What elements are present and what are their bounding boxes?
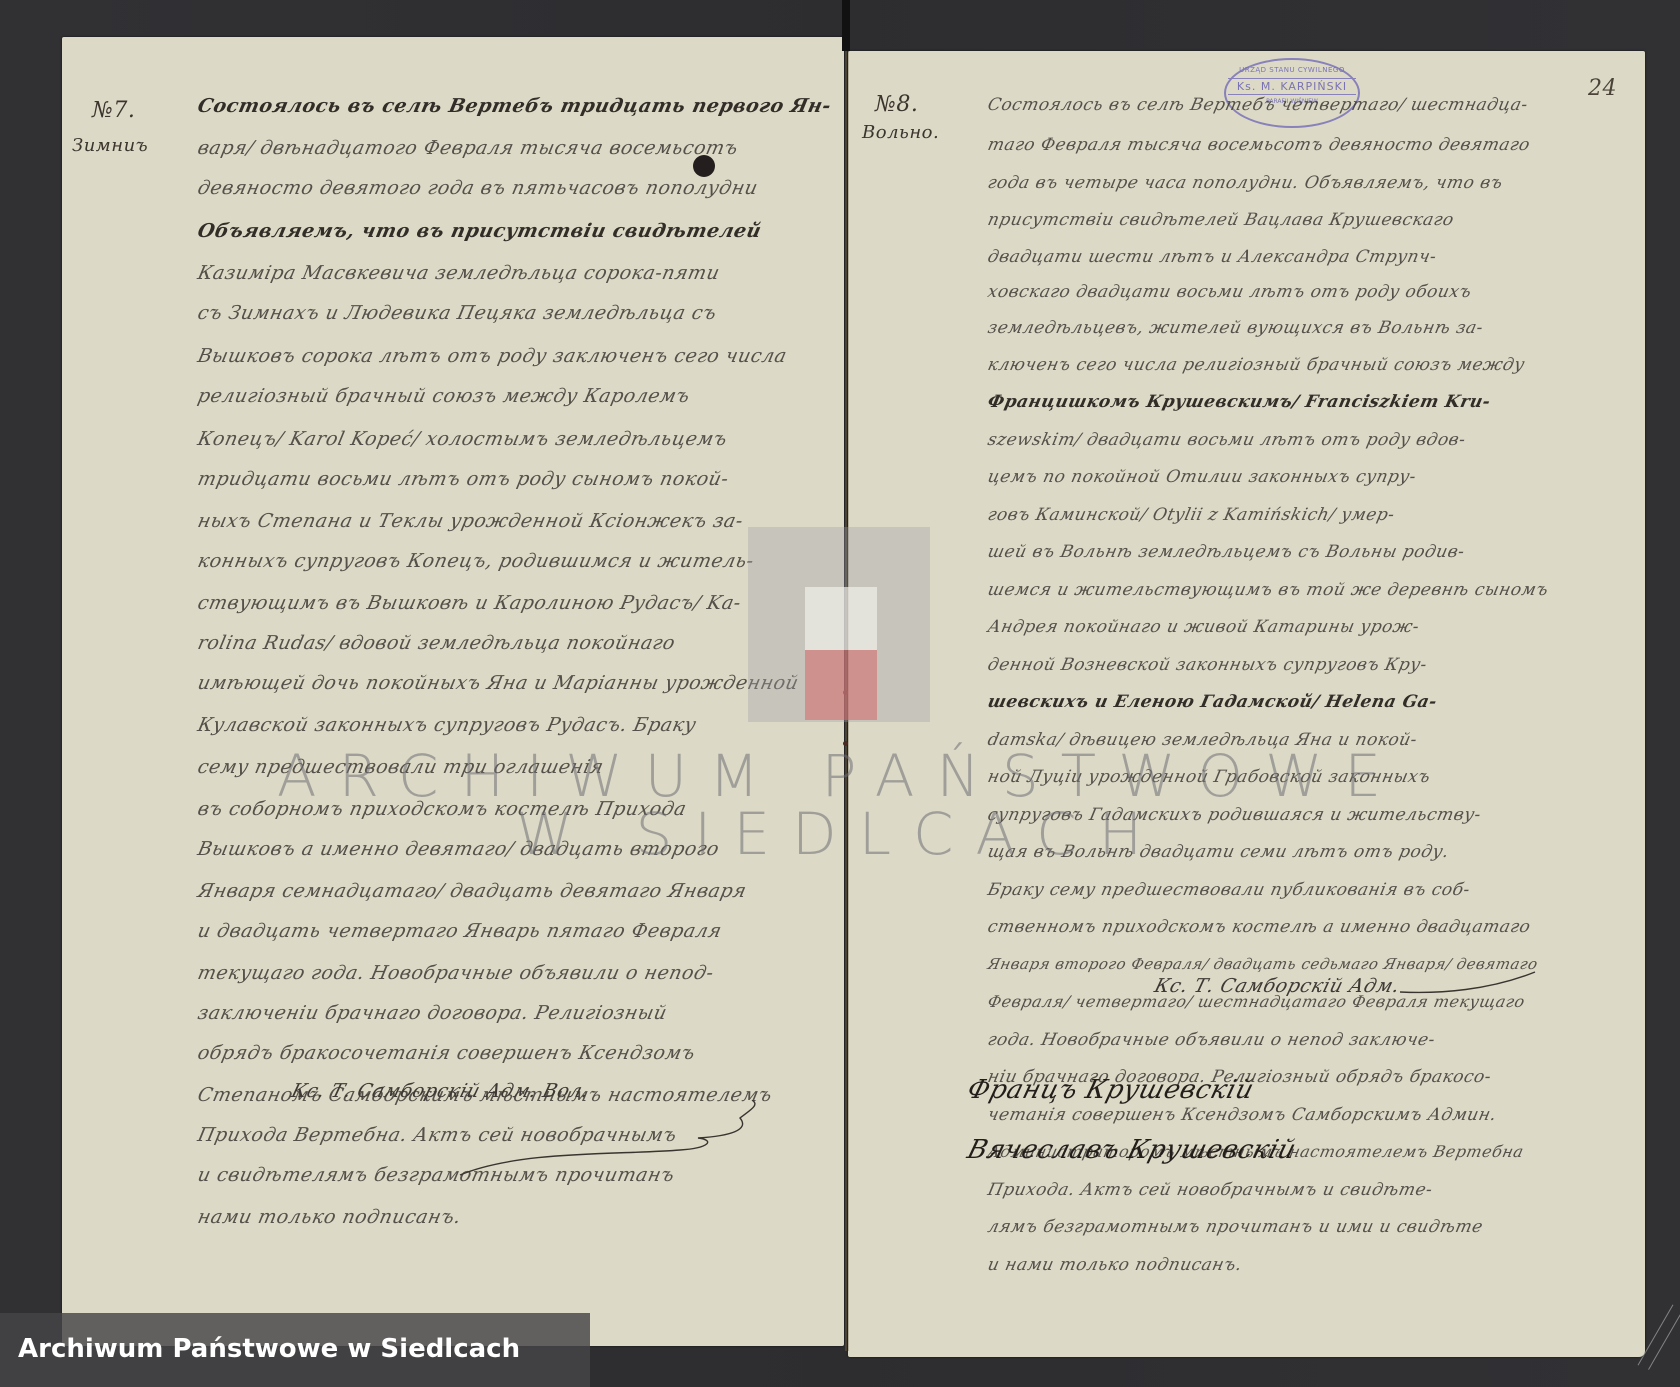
text-line: цемъ по покойной Отилии законныхъ супру-	[986, 467, 1418, 487]
text-line: szewskim/ двадцати восьми лѣтъ отъ роду …	[986, 430, 1468, 450]
text-line: нами только подписанъ.	[196, 1206, 464, 1228]
text-line: заключеніи брачнаго договора. Религіозны…	[196, 1002, 669, 1024]
text-line: имѣющей дочь покойныхъ Яна и Маріанны ур…	[196, 672, 801, 694]
text-line: варя/ двѣнадцатого Февраля тысяча восемь…	[196, 137, 741, 159]
archive-footer-label: Archiwum Państwowe w Siedlcach	[18, 1334, 520, 1364]
text-line: таго Февраля тысяча восемьсотъ девяносто…	[986, 135, 1532, 155]
text-line: Браку сему предшествовали публикованія в…	[986, 880, 1472, 900]
entry-number-7: №7.	[92, 98, 135, 123]
text-line: Казиміра Масвкевича земледѣльца сорока-п…	[196, 262, 722, 284]
priest-signature-left: Кс. Т. Самборскій Адм. Вол.	[289, 1080, 592, 1102]
witness-signature: Вячеславъ Крушевскій	[964, 1135, 1299, 1165]
text-line: лямъ безграмотнымъ прочитанъ и ими и сви…	[986, 1217, 1485, 1237]
text-line: Прихода. Актъ сей новобрачнымъ и свидѣте…	[986, 1180, 1435, 1200]
text-line: шевскихъ и Еленою Гадамской/ Helena Ga-	[986, 692, 1439, 712]
signature-flourish	[440, 1100, 780, 1180]
text-line: ственномъ приходскомъ костелѣ а именно д…	[986, 917, 1533, 937]
entry-place-left: Зимниъ	[72, 135, 148, 156]
text-line: ствующимъ въ Вышковѣ и Каролиною Рудасъ/…	[196, 592, 744, 614]
text-line: съ Зимнахъ и Людевика Пецяка земледѣльца…	[196, 302, 719, 324]
text-line: конныхъ супруговъ Копецъ, родившимся и ж…	[196, 550, 756, 572]
text-line: Состоялось въ селѣ Вертебъ четвертаго/ ш…	[986, 95, 1530, 115]
text-line: ховскаго двадцати восьми лѣтъ отъ роду о…	[986, 282, 1474, 302]
text-line: земледѣльцевъ, жителей вующихся въ Вольн…	[986, 318, 1485, 338]
groom-signature: Францъ Крушевскій	[964, 1075, 1257, 1105]
text-line: Андрея покойнаго и живой Катарины урож-	[986, 617, 1421, 637]
text-line: rolina Rudas/ вдовой земледѣльца покойна…	[196, 632, 678, 654]
text-line: Францишкомъ Крушевскимъ/ Franciszkiem Kr…	[986, 392, 1493, 412]
text-line: говъ Каминской/ Otylii z Kamińskich/ уме…	[986, 505, 1397, 525]
text-line: религіозный брачный союзъ между Каролемъ	[196, 385, 692, 407]
text-line: Состоялось въ селѣ Вертебъ тридцать перв…	[196, 95, 834, 117]
text-line: ключенъ сего числа религіозный брачный с…	[986, 355, 1527, 375]
text-line: Копецъ/ Karol Kopeć/ холостымъ земледѣль…	[196, 428, 730, 450]
text-line: и нами только подписанъ.	[986, 1255, 1244, 1275]
text-line: года въ четыре часа пополудни. Объявляем…	[986, 173, 1505, 193]
text-line: Объявляемъ, что въ присутствіи свидѣтеле…	[196, 220, 764, 242]
text-line: Кулавской законныхъ супруговъ Рудасъ. Бр…	[196, 714, 699, 736]
text-line: и двадцать четвертаго Январь пятаго Февр…	[196, 920, 724, 942]
text-line: денной Возневской законныхъ супруговъ Кр…	[986, 655, 1429, 675]
entry-place-right: Вольно.	[862, 122, 939, 143]
archive-watermark-line2: W SIEDLCACH	[0, 800, 1680, 868]
archive-logo-white-block	[805, 587, 877, 650]
text-line: Вышковъ сорока лѣтъ отъ роду заключенъ с…	[196, 345, 789, 367]
stamp-top-text: URZĄD STANU CYWILNEGO	[1226, 66, 1358, 74]
folio-number: 24	[1588, 76, 1617, 101]
text-line: четанія совершенъ Ксендзомъ Самборскимъ …	[986, 1105, 1499, 1125]
text-line: шемся и жительствующимъ въ той же деревн…	[986, 580, 1550, 600]
text-line: ныхъ Степана и Теклы урожденной Ксіонжек…	[196, 510, 746, 532]
signature-flourish	[1400, 970, 1540, 1000]
text-line: года. Новобрачные объявили о непод заклю…	[986, 1030, 1437, 1050]
entry-number-8: №8.	[875, 92, 918, 117]
text-line: Января семнадцатаго/ двадцать девятаго Я…	[196, 880, 749, 902]
text-line: двадцати шести лѣтъ и Александра Струпч-	[986, 247, 1439, 267]
text-line: текущаго года. Новобрачные объявили о не…	[196, 962, 716, 984]
priest-signature-right: Кс. Т. Самборскій Адм.	[1152, 975, 1402, 997]
text-line: шей въ Вольнѣ земледѣльцемъ съ Вольны ро…	[986, 542, 1467, 562]
text-line: обрядъ бракосочетанія совершенъ Ксендзом…	[196, 1042, 698, 1064]
parish-stamp: URZĄD STANU CYWILNEGO Ks. M. KARPIŃSKI P…	[1224, 58, 1360, 128]
archive-logo-red-block	[805, 650, 877, 720]
text-line: тридцати восьми лѣтъ отъ роду сыномъ пок…	[196, 468, 731, 490]
text-line: присутствіи свидѣтелей Вацлава Крушевска…	[986, 210, 1456, 230]
text-line: девяносто девятого года въ пятьчасовъ по…	[196, 177, 760, 199]
book-binding	[842, 0, 850, 51]
stamp-main-text: Ks. M. KARPIŃSKI	[1228, 78, 1356, 95]
